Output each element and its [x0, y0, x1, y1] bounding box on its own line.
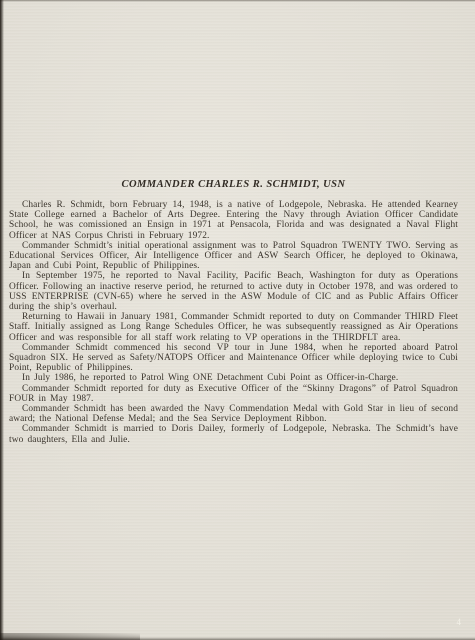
- scanned-page: COMMANDER CHARLES R. SCHMIDT, USN Charle…: [0, 0, 475, 640]
- paragraph: Commander Schmidt commenced his second V…: [9, 343, 458, 374]
- paragraph: In July 1986, he reported to Patrol Wing…: [9, 373, 458, 383]
- scan-corner-bottom-left: [0, 633, 140, 640]
- page-title: COMMANDER CHARLES R. SCHMIDT, USN: [9, 179, 458, 191]
- scan-edge-top: [0, 0, 475, 2]
- scan-edge-left: [0, 0, 4, 640]
- paragraph: Commander Schmidt reported for duty as E…: [9, 384, 458, 404]
- paragraph: Commander Schmidt’s initial operational …: [9, 241, 458, 272]
- paragraph: Returning to Hawaii in January 1981, Com…: [9, 312, 458, 343]
- paragraph: In September 1975, he reported to Naval …: [9, 271, 458, 312]
- biography-text: Charles R. Schmidt, born February 14, 19…: [9, 200, 458, 445]
- paragraph: Charles R. Schmidt, born February 14, 19…: [9, 200, 458, 241]
- page-number: 4: [457, 617, 462, 627]
- paragraph: Commander Schmidt has been awarded the N…: [9, 404, 458, 424]
- paragraph: Commander Schmidt is married to Doris Da…: [9, 424, 458, 444]
- page-content: COMMANDER CHARLES R. SCHMIDT, USN Charle…: [9, 179, 458, 445]
